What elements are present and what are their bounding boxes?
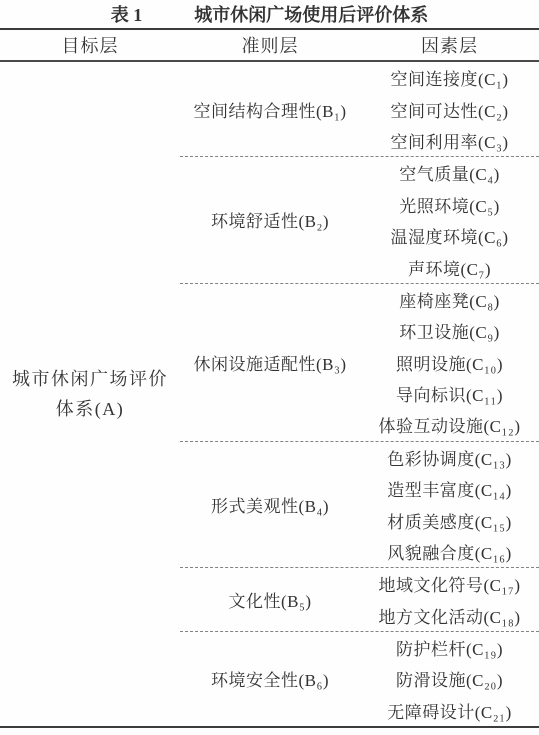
criterion-label-b2: 环境舒适性(B₂): [180, 157, 360, 283]
factor-c15: 材质美感度(C₁₅): [360, 504, 539, 535]
criterion-label-b6: 环境安全性(B₆): [180, 632, 360, 726]
criterion-label-b4: 形式美观性(B₄): [180, 442, 360, 568]
factor-c14: 造型丰富度(C₁₄): [360, 473, 539, 504]
group-b1: 空间结构合理性(B₁) 空间连接度(C₁) 空间可达性(C₂) 空间利用率(C₃…: [180, 62, 539, 157]
factor-c16: 风貌融合度(C₁₆): [360, 536, 539, 567]
factor-c18: 地方文化活动(C₁₈): [360, 600, 539, 631]
factor-c1: 空间连接度(C₁): [360, 62, 539, 93]
factors-b1: 空间连接度(C₁) 空间可达性(C₂) 空间利用率(C₃): [360, 62, 539, 156]
factors-b6: 防护栏杆(C₁₉) 防滑设施(C₂₀) 无障碍设计(C₂₁): [360, 632, 539, 726]
factor-c5: 光照环境(C₅): [360, 189, 539, 220]
factor-c2: 空间可达性(C₂): [360, 93, 539, 124]
factor-c19: 防护栏杆(C₁₉): [360, 632, 539, 663]
group-b5: 文化性(B₅) 地域文化符号(C₁₇) 地方文化活动(C₁₈): [180, 568, 539, 632]
table-number: 表 1: [111, 1, 143, 27]
target-layer-cell: 城市休闲广场评价 体系(A): [0, 62, 180, 726]
factors-b5: 地域文化符号(C₁₇) 地方文化活动(C₁₈): [360, 568, 539, 631]
header-factor-layer: 因素层: [360, 32, 539, 58]
factor-c13: 色彩协调度(C₁₃): [360, 442, 539, 473]
header-target-layer: 目标层: [0, 32, 180, 58]
criterion-groups: 空间结构合理性(B₁) 空间连接度(C₁) 空间可达性(C₂) 空间利用率(C₃…: [180, 62, 539, 726]
table-caption: 表 1 城市休闲广场使用后评价体系: [0, 0, 539, 30]
factor-c10: 照明设施(C₁₀): [360, 346, 539, 377]
group-b3: 休闲设施适配性(B₃) 座椅座凳(C₈) 环卫设施(C₉) 照明设施(C₁₀) …: [180, 284, 539, 442]
target-label-line1: 城市休闲广场评价: [12, 364, 168, 394]
factors-b3: 座椅座凳(C₈) 环卫设施(C₉) 照明设施(C₁₀) 导向标识(C₁₁) 体验…: [360, 284, 539, 441]
table-title: 城市休闲广场使用后评价体系: [194, 1, 428, 27]
criterion-label-b3: 休闲设施适配性(B₃): [180, 284, 360, 441]
table-page: 表 1 城市休闲广场使用后评价体系 目标层 准则层 因素层 城市休闲广场评价 体…: [0, 0, 539, 735]
factors-b4: 色彩协调度(C₁₃) 造型丰富度(C₁₄) 材质美感度(C₁₅) 风貌融合度(C…: [360, 442, 539, 568]
table-body: 城市休闲广场评价 体系(A) 空间结构合理性(B₁) 空间连接度(C₁) 空间可…: [0, 62, 539, 728]
factor-c20: 防滑设施(C₂₀): [360, 663, 539, 694]
group-b6: 环境安全性(B₆) 防护栏杆(C₁₉) 防滑设施(C₂₀) 无障碍设计(C₂₁): [180, 632, 539, 726]
factor-c17: 地域文化符号(C₁₇): [360, 568, 539, 599]
factor-c8: 座椅座凳(C₈): [360, 284, 539, 315]
table-header-row: 目标层 准则层 因素层: [0, 30, 539, 62]
target-label-line2: 体系(A): [56, 394, 125, 424]
factor-c12: 体验互动设施(C₁₂): [360, 409, 539, 440]
factor-c11: 导向标识(C₁₁): [360, 378, 539, 409]
factor-c6: 温湿度环境(C₆): [360, 220, 539, 251]
factor-c9: 环卫设施(C₉): [360, 315, 539, 346]
factor-c21: 无障碍设计(C₂₁): [360, 695, 539, 726]
group-b4: 形式美观性(B₄) 色彩协调度(C₁₃) 造型丰富度(C₁₄) 材质美感度(C₁…: [180, 442, 539, 569]
header-criterion-layer: 准则层: [180, 32, 360, 58]
factor-c7: 声环境(C₇): [360, 251, 539, 282]
factor-c4: 空气质量(C₄): [360, 157, 539, 188]
criterion-label-b5: 文化性(B₅): [180, 568, 360, 631]
group-b2: 环境舒适性(B₂) 空气质量(C₄) 光照环境(C₅) 温湿度环境(C₆) 声环…: [180, 157, 539, 284]
criterion-label-b1: 空间结构合理性(B₁): [180, 62, 360, 156]
factor-c3: 空间利用率(C₃): [360, 125, 539, 156]
factors-b2: 空气质量(C₄) 光照环境(C₅) 温湿度环境(C₆) 声环境(C₇): [360, 157, 539, 283]
